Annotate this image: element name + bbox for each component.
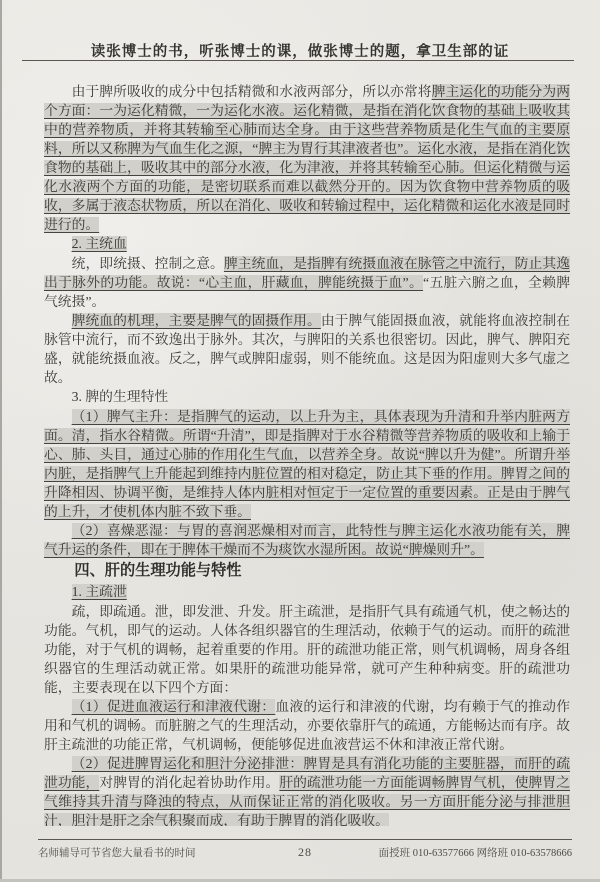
section-heading: 2. 主统血 [44,234,570,254]
paragraph: 由于脾所吸收的成分中包括精微和水液两部分，所以亦常将脾主运化的功能分为两个方面：… [44,82,570,234]
footer-divider [38,839,572,840]
text-segment: 疏，即疏通。泄，即发泄、升发。肝主疏泄，是指肝气具有疏通气机，使之畅达的功能。气… [44,604,570,695]
highlighted-text: 脾主运化的功能分为两个方面：一为运化精微，一为运化水液。运化精微，是指在消化饮食… [44,84,570,232]
text-segment: 3. 脾的生理特性 [72,389,169,404]
scanned-document-page: 读张博士的书，听张博士的课，做张博士的题，拿卫生部的证 由于脾所吸收的成分中包括… [0,0,600,882]
text-segment: 对脾胃的消化起着协助作用。 [99,775,279,790]
paragraph: （2）促进脾胃运化和胆汁分泌排泄：脾胃是具有消化功能的主要脏器，而肝的疏泄功能，… [44,754,570,826]
paragraph: 脾统血的机理，主要是脾气的固摄作用。由于脾气能固摄血液，就能将血液控制在脉管中流… [44,311,570,387]
highlighted-text: （1）脾气主升：是指脾气的运动，以上升为主，具体表现为升清和升举内脏两方面。清，… [44,409,570,519]
page-number: 28 [298,845,312,860]
scan-left-edge [0,0,2,882]
section-heading: 3. 脾的生理特性 [44,387,570,407]
section-heading: 1. 主疏泄 [44,582,570,602]
paragraph: （1）促进血液运行和津液代谢：血液的运行和津液的代谢，均有赖于气的推动作用和气机… [44,697,570,754]
text-segment: 统，即统摄、控制之意。 [72,256,224,271]
highlighted-text: （1）促进血液运行和津液代谢： [72,699,276,714]
footer-slogan: 名师辅导可节省您大量看书的时间 [38,845,298,860]
paragraph: （1）脾气主升：是指脾气的运动，以上升为主，具体表现为升清和升举内脏两方面。清，… [44,407,570,521]
paragraph: 统，即统摄、控制之意。脾主统血，是指脾有统摄血液在脉管之中流行，防止其逸出于脉外… [44,254,570,311]
highlighted-text: （2）喜燥恶湿：与胃的喜润恶燥相对而言，此特性与脾主运化水液功能有关，脾气升运的… [44,523,570,557]
text-segment: 由于脾所吸收的成分中包括精微和水液两部分，所以亦常将 [72,84,432,99]
footer-contact-numbers: 面授班 010-63577666 网络班 010-63578666 [312,845,572,860]
doc-body: 由于脾所吸收的成分中包括精微和水液两部分，所以亦常将脾主运化的功能分为两个方面：… [44,82,570,826]
section-heading: 四、肝的生理功能与特性 [44,559,570,582]
paragraph: 疏，即疏通。泄，即发泄、升发。肝主疏泄，是指肝气具有疏通气机，使之畅达的功能。气… [44,602,570,697]
page-footer: 名师辅导可节省您大量看书的时间 28 面授班 010-63577666 网络班 … [38,845,572,860]
page-header-slogan: 读张博士的书，听张博士的课，做张博士的题，拿卫生部的证 [0,40,600,61]
header-divider [22,60,574,61]
paragraph: （2）喜燥恶湿：与胃的喜润恶燥相对而言，此特性与脾主运化水液功能有关，脾气升运的… [44,521,570,559]
highlighted-text: 1. 主疏泄 [72,584,127,599]
highlighted-text: 脾统血的机理，主要是脾气的固摄作用。 [72,313,321,328]
text-segment: 四、肝的生理功能与特性 [74,562,241,579]
highlighted-text: 2. 主统血 [72,236,127,251]
